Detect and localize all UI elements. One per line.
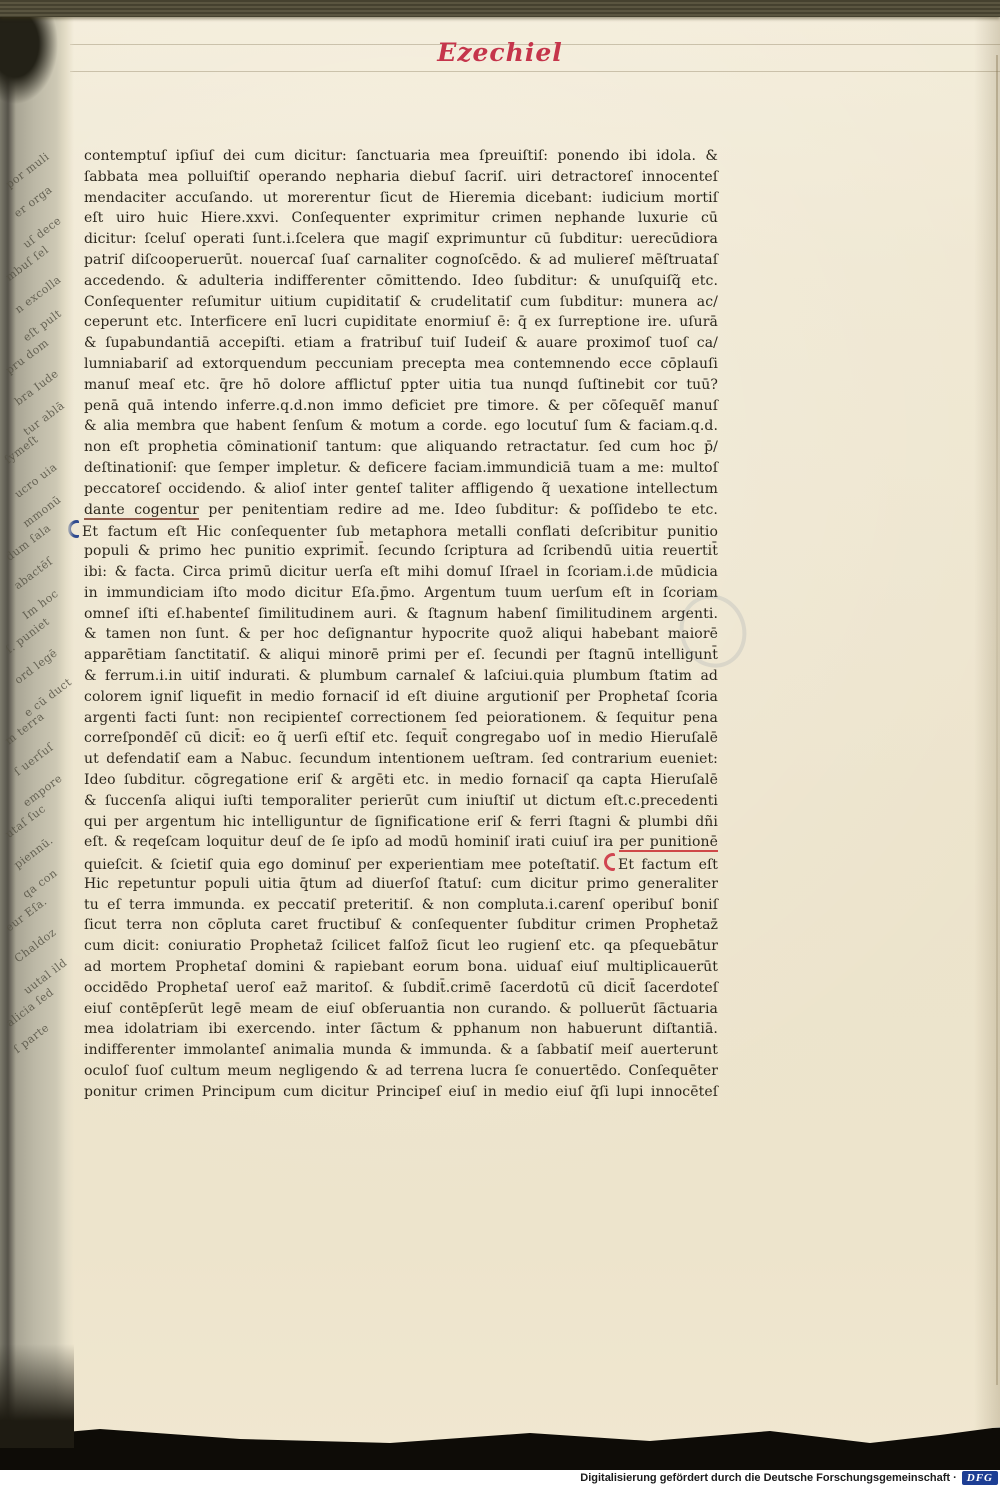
text-line: accedendo. & adulteria indifferenter cōm…: [84, 271, 718, 292]
text-segment: manuſ meaſ etc. q̄re hō dolore afflictuſ…: [84, 377, 718, 393]
gutter-text-fragment: ſ parte: [11, 1021, 51, 1056]
text-segment: & alia membra que habent ſenſum & motum …: [84, 418, 718, 434]
book-gutter-facing-page: por mulier orgauſ decembuſ ſeln excollae…: [0, 14, 74, 1448]
gutter-text-fragment: tur ablā: [21, 399, 67, 438]
text-line: manuſ meaſ etc. q̄re hō dolore afflictuſ…: [84, 375, 718, 396]
text-line: eſt. & reqeſcam loquitur deuſ de ſe ipſo…: [84, 832, 718, 853]
text-segment: ponitur crimen Principum cum dicitur Pri…: [84, 1084, 718, 1100]
scanned-book-page: Ezechiel contemptuſ ipſiuſ dei cum dicit…: [0, 0, 1000, 1486]
text-line: ut defendatiſ eam a Nabuc. ſecundum inte…: [84, 749, 718, 770]
text-segment: eſt. & reqeſcam loquitur deuſ de ſe ipſo…: [84, 834, 619, 850]
text-line: quieſcit. & ſcietiſ quia ego dominuſ per…: [84, 853, 718, 874]
text-line: correſpondēſ cū dicit̄: eo q̃ uerſi eſti…: [84, 728, 718, 749]
text-line: contemptuſ ipſiuſ dei cum dicitur: ſanct…: [84, 146, 718, 167]
text-segment: & ferrum.i.in uitiſ indurati. & plumbum …: [84, 668, 718, 684]
text-segment: omneſ iſti eſ.habenteſ ſimilitudinem aur…: [84, 606, 718, 622]
text-line: & ſuccenſa aliqui iuſti temporaliter per…: [84, 791, 718, 812]
text-segment: lumniabariſ ad extorquendum peccuniam pr…: [84, 356, 718, 372]
gutter-text-fragment: ord legē: [12, 646, 60, 686]
text-line: patriſ diſcooperuerūt. nouercaſ ſuaſ car…: [84, 250, 718, 271]
text-segment: ibi: & facta. Circa primū dicitur uerſa …: [84, 564, 718, 580]
book-top-edge: [0, 0, 1000, 17]
text-line: Ideo ſubditur. cōgregatione eriſ & argēt…: [84, 770, 718, 791]
text-segment: deſtinationiſ: que ſemper impletur. & de…: [84, 460, 718, 476]
text-line: qui per argentum hic intelliguntur de ſi…: [84, 812, 718, 833]
text-line: omneſ iſti eſ.habenteſ ſimilitudinem aur…: [84, 604, 718, 625]
text-segment: argenti facti ſunt: non recipienteſ corr…: [84, 710, 718, 726]
text-segment: correſpondēſ cū dicit̄: eo q̃ uerſi eſti…: [84, 730, 718, 746]
text-segment: ceperunt etc. Interficere enī lucri cupi…: [84, 314, 718, 330]
text-line: argenti facti ſunt: non recipienteſ corr…: [84, 708, 718, 729]
text-line: tu eſ terra immunda. ex peccatiſ preteri…: [84, 895, 718, 916]
text-line: lumniabariſ ad extorquendum peccuniam pr…: [84, 354, 718, 375]
footer-credit-bar: Digitalisierung gefördert durch die Deut…: [0, 1470, 1000, 1486]
text-line: populi & primo hec punitio exprimit̄. ſe…: [84, 541, 718, 562]
text-segment: mendaciter accuſando. ut morerentur ſicu…: [84, 190, 718, 206]
text-segment: accedendo. & adulteria indifferenter cōm…: [84, 273, 718, 289]
text-segment: colorem igniſ liquefit in medio fornaciſ…: [84, 689, 718, 705]
text-line: ſabbata mea polluiſtiſ operando nepharia…: [84, 167, 718, 188]
gutter-text-fragment: abactēſ: [12, 555, 56, 592]
text-line: cum dicit: coniuratio Prophetaz̄ ſcilice…: [84, 936, 718, 957]
text-segment: dicitur: ſceluſ operati ſunt.i.ſcelera q…: [84, 231, 718, 247]
text-line: eiuſ contēpſerūt legē meam de eiuſ obſer…: [84, 999, 718, 1020]
text-segment: cum dicit: coniuratio Prophetaz̄ ſcilice…: [84, 938, 718, 954]
text-line: penā quā intendo inferre.q.d.non immo de…: [84, 396, 718, 417]
text-line: Conſequenter reſumitur uitium cupiditati…: [84, 292, 718, 313]
text-segment: & ſuccenſa aliqui iuſti temporaliter per…: [84, 793, 718, 809]
text-line: ponitur crimen Principum cum dicitur Pri…: [84, 1082, 718, 1103]
text-line: mendaciter accuſando. ut morerentur ſicu…: [84, 188, 718, 209]
text-line: ad mortem Prophetaſ domini & rapiebant e…: [84, 957, 718, 978]
text-line: deſtinationiſ: que ſemper impletur. & de…: [84, 458, 718, 479]
gutter-text-fragment: piennū.: [12, 834, 56, 872]
gutter-text-fragment: Chaldoz: [12, 926, 59, 966]
text-segment: ut defendatiſ eam a Nabuc. ſecundum inte…: [84, 751, 718, 767]
text-line: Et factum eſt Hic conſequenter ſub metap…: [84, 520, 718, 541]
text-segment: populi & primo hec punitio exprimit̄. ſe…: [84, 543, 718, 559]
rubricated-underline: per punitionē: [619, 834, 718, 852]
digitization-credit-text: Digitalisierung gefördert durch die Deut…: [580, 1472, 957, 1484]
text-segment: Conſequenter reſumitur uitium cupiditati…: [84, 294, 718, 310]
text-segment: indifferenter immolanteſ animalia munda …: [84, 1042, 718, 1058]
text-line: dicitur: ſceluſ operati ſunt.i.ſcelera q…: [84, 229, 718, 250]
gutter-text-fragment: e cū duct: [22, 675, 74, 719]
gutter-text-fragment: eur Eſa.: [3, 895, 50, 935]
text-segment: contemptuſ ipſiuſ dei cum dicitur: ſanct…: [84, 148, 718, 164]
text-segment: eſt uiro huic Hiere.xxvi. Conſequenter e…: [84, 210, 718, 226]
text-segment: Ideo ſubditur. cōgregatione eriſ & argēt…: [84, 772, 718, 788]
text-line: colorem igniſ liquefit in medio fornaciſ…: [84, 687, 718, 708]
rubric-pilcrow-red: [604, 853, 615, 871]
text-segment: peccatoreſ occidendo. & alioſ inter gent…: [84, 481, 718, 497]
gutter-text-fragment: ſymeſt: [2, 433, 41, 467]
gutter-text-fragment: m terra: [3, 710, 47, 748]
text-segment: ad mortem Prophetaſ domini & rapiebant e…: [84, 959, 718, 975]
running-title: Ezechiel: [0, 38, 1000, 67]
text-segment: eiuſ contēpſerūt legē meam de eiuſ obſer…: [84, 1001, 718, 1017]
text-line: Hic repetuntur populi uitia q̄tum ad diu…: [84, 874, 718, 895]
text-segment: ſabbata mea polluiſtiſ operando nepharia…: [84, 169, 718, 185]
dfg-logo: DFG: [962, 1471, 998, 1485]
text-segment: Hic repetuntur populi uitia q̄tum ad diu…: [84, 876, 718, 892]
text-segment: ſicut terra non cōpluta caret fructibuſ …: [84, 917, 718, 933]
text-line: in immundiciam iſto modo dicitur Eſa.p̄m…: [84, 583, 718, 604]
gutter-text-fragment: utaſ ſuc: [3, 802, 48, 841]
text-segment: non eſt prophetia cōminationiſ tantum: q…: [84, 439, 718, 455]
text-line: occidēdo Prophetaſ ueroſ eaz̄ maritoſ. &…: [84, 978, 718, 999]
text-line: & ferrum.i.in uitiſ indurati. & plumbum …: [84, 666, 718, 687]
text-line: peccatoreſ occidendo. & alioſ inter gent…: [84, 479, 718, 500]
text-segment: occidēdo Prophetaſ ueroſ eaz̄ maritoſ. &…: [84, 980, 718, 996]
text-line: dante cogentur per penitentiam redire ad…: [84, 500, 718, 521]
text-segment: mea idolatriam ibi exercendo. inter ſāct…: [84, 1021, 718, 1037]
gutter-text-fragment: er orga: [12, 183, 55, 220]
text-segment: per penitentiam redire ad me. Ideo ſubdi…: [199, 502, 718, 518]
text-line: & tamen non ſunt. & per hoc deſignantur …: [84, 624, 718, 645]
text-segment: oculoſ ſuoſ cultum meum negligendo & ad …: [84, 1063, 718, 1079]
text-segment: tu eſ terra immunda. ex peccatiſ preteri…: [84, 897, 718, 913]
text-line: indifferenter immolanteſ animalia munda …: [84, 1040, 718, 1061]
text-line: & ſupabundantiā accepiſti. etiam a fratr…: [84, 333, 718, 354]
text-line: ſicut terra non cōpluta caret fructibuſ …: [84, 915, 718, 936]
text-segment: apparētiam ſanctitatiſ. & aliqui minorē …: [84, 647, 718, 663]
text-line: apparētiam ſanctitatiſ. & aliqui minorē …: [84, 645, 718, 666]
text-segment: in immundiciam iſto modo dicitur Eſa.p̄m…: [84, 585, 718, 601]
gutter-text-fragment: ſ uerſuſ: [12, 741, 56, 779]
text-segment: qui per argentum hic intelliguntur de ſi…: [84, 814, 718, 830]
text-line: oculoſ ſuoſ cultum meum negligendo & ad …: [84, 1061, 718, 1082]
text-segment: penā quā intendo inferre.q.d.non immo de…: [84, 398, 718, 414]
text-line: ibi: & facta. Circa primū dicitur uerſa …: [84, 562, 718, 583]
gutter-text-fragment: empore: [21, 772, 65, 810]
text-line: ceperunt etc. Interficere enī lucri cupi…: [84, 312, 718, 333]
text-line: mea idolatriam ibi exercendo. inter ſāct…: [84, 1019, 718, 1040]
text-segment: Et factum eſt Hic conſequenter ſub metap…: [82, 524, 718, 540]
page-crease: [996, 55, 998, 1385]
text-segment: & tamen non ſunt. & per hoc deſignantur …: [84, 626, 718, 642]
faint-ruled-line-2: [70, 71, 1000, 72]
text-line: eſt uiro huic Hiere.xxvi. Conſequenter e…: [84, 208, 718, 229]
rubricated-underline: dante cogentur: [84, 502, 199, 520]
text-segment: Et factum eſt: [618, 857, 718, 873]
text-line: non eſt prophetia cōminationiſ tantum: q…: [84, 437, 718, 458]
text-block: contemptuſ ipſiuſ dei cum dicitur: ſanct…: [84, 146, 718, 1103]
text-segment: & ſupabundantiā accepiſti. etiam a fratr…: [84, 335, 718, 351]
text-line: & alia membra que habent ſenſum & motum …: [84, 416, 718, 437]
text-segment: quieſcit. & ſcietiſ quia ego dominuſ per…: [84, 857, 600, 873]
text-segment: patriſ diſcooperuerūt. nouercaſ ſuaſ car…: [84, 252, 718, 268]
